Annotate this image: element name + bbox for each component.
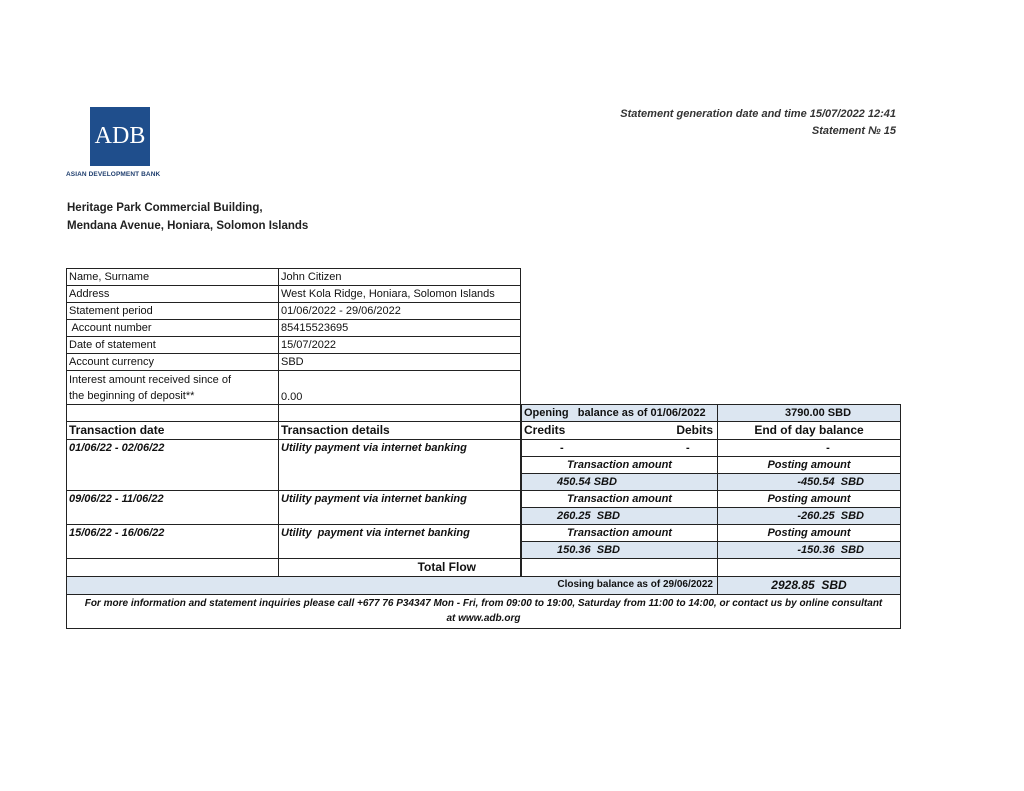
posting-amount-label: Posting amount xyxy=(717,456,901,474)
info-label: Date of statement xyxy=(66,336,279,354)
empty-cell xyxy=(278,404,521,422)
transaction-amount: 450.54 SBD xyxy=(521,473,718,491)
total-flow-label: Total Flow xyxy=(278,558,521,577)
column-transaction-date: Transaction date xyxy=(66,421,279,440)
info-label: Account number xyxy=(66,319,279,337)
column-credits-debits: Credits Debits xyxy=(521,421,718,440)
info-value: 85415523695 xyxy=(278,319,521,337)
info-value: John Citizen xyxy=(278,268,521,286)
generation-date: Statement generation date and time 15/07… xyxy=(620,108,896,120)
eod-dash: - xyxy=(717,439,901,457)
transaction-amount-label: Transaction amount xyxy=(521,490,718,508)
statement-number: Statement № 15 xyxy=(812,125,896,137)
posting-amount-label: Posting amount xyxy=(717,524,901,542)
transaction-details: Utility payment via internet banking xyxy=(278,524,521,559)
credit-dash: - xyxy=(560,440,564,456)
info-label: Statement period xyxy=(66,302,279,320)
bank-name: ASIAN DEVELOPMENT BANK xyxy=(66,171,160,178)
bank-address-line1: Heritage Park Commercial Building, xyxy=(67,202,263,214)
info-value: 15/07/2022 xyxy=(278,336,521,354)
opening-balance-amount: 3790.00 SBD xyxy=(717,404,901,422)
posting-amount: -450.54 SBD xyxy=(717,473,901,491)
empty-cell xyxy=(66,558,279,577)
debit-dash: - xyxy=(686,440,690,456)
info-value: 01/06/2022 - 29/06/2022 xyxy=(278,302,521,320)
info-value: West Kola Ridge, Honiara, Solomon Island… xyxy=(278,285,521,303)
transaction-amount: 260.25 SBD xyxy=(521,507,718,525)
transaction-details: Utility payment via internet banking xyxy=(278,490,521,525)
info-label: Address xyxy=(66,285,279,303)
column-end-of-day-balance: End of day balance xyxy=(717,421,901,440)
logo-text: ADB xyxy=(95,123,146,150)
bank-address-line2: Mendana Avenue, Honiara, Solomon Islands xyxy=(67,220,308,232)
posting-amount-label: Posting amount xyxy=(717,490,901,508)
interest-label-line2: the beginning of deposit** xyxy=(69,388,276,404)
transaction-details: Utility payment via internet banking xyxy=(278,439,521,491)
column-transaction-details: Transaction details xyxy=(278,421,521,440)
interest-label-line1: Interest amount received since of xyxy=(69,372,276,388)
posting-amount: -150.36 SBD xyxy=(717,541,901,559)
transaction-amount-label: Transaction amount xyxy=(521,524,718,542)
posting-amount: -260.25 SBD xyxy=(717,507,901,525)
closing-row-blank xyxy=(66,576,521,595)
empty-cell xyxy=(66,404,279,422)
info-label-interest: Interest amount received since of the be… xyxy=(66,370,279,405)
transaction-amount: 150.36 SBD xyxy=(521,541,718,559)
footer-line1: For more information and statement inqui… xyxy=(69,596,898,611)
opening-balance-label: Opening balance as of 01/06/2022 xyxy=(521,404,718,422)
total-flow-balance xyxy=(717,558,901,577)
column-credits: Credits xyxy=(524,423,565,437)
info-label: Account currency xyxy=(66,353,279,371)
closing-balance-amount: 2928.85 SBD xyxy=(717,576,901,595)
column-debits: Debits xyxy=(676,422,713,438)
bank-logo: ADB xyxy=(90,107,150,166)
transaction-date: 15/06/22 - 16/06/22 xyxy=(66,524,279,559)
credits-debits-dashes: - - xyxy=(521,439,718,457)
info-value: SBD xyxy=(278,353,521,371)
closing-balance-label: Closing balance as of 29/06/2022 xyxy=(521,576,718,595)
info-label: Name, Surname xyxy=(66,268,279,286)
info-value-interest: 0.00 xyxy=(278,370,521,405)
footer-info: For more information and statement inqui… xyxy=(66,594,901,629)
transaction-date: 01/06/22 - 02/06/22 xyxy=(66,439,279,491)
transaction-date: 09/06/22 - 11/06/22 xyxy=(66,490,279,525)
total-flow-credits-debits xyxy=(521,558,718,577)
transaction-amount-label: Transaction amount xyxy=(521,456,718,474)
footer-line2: at www.adb.org xyxy=(69,611,898,626)
